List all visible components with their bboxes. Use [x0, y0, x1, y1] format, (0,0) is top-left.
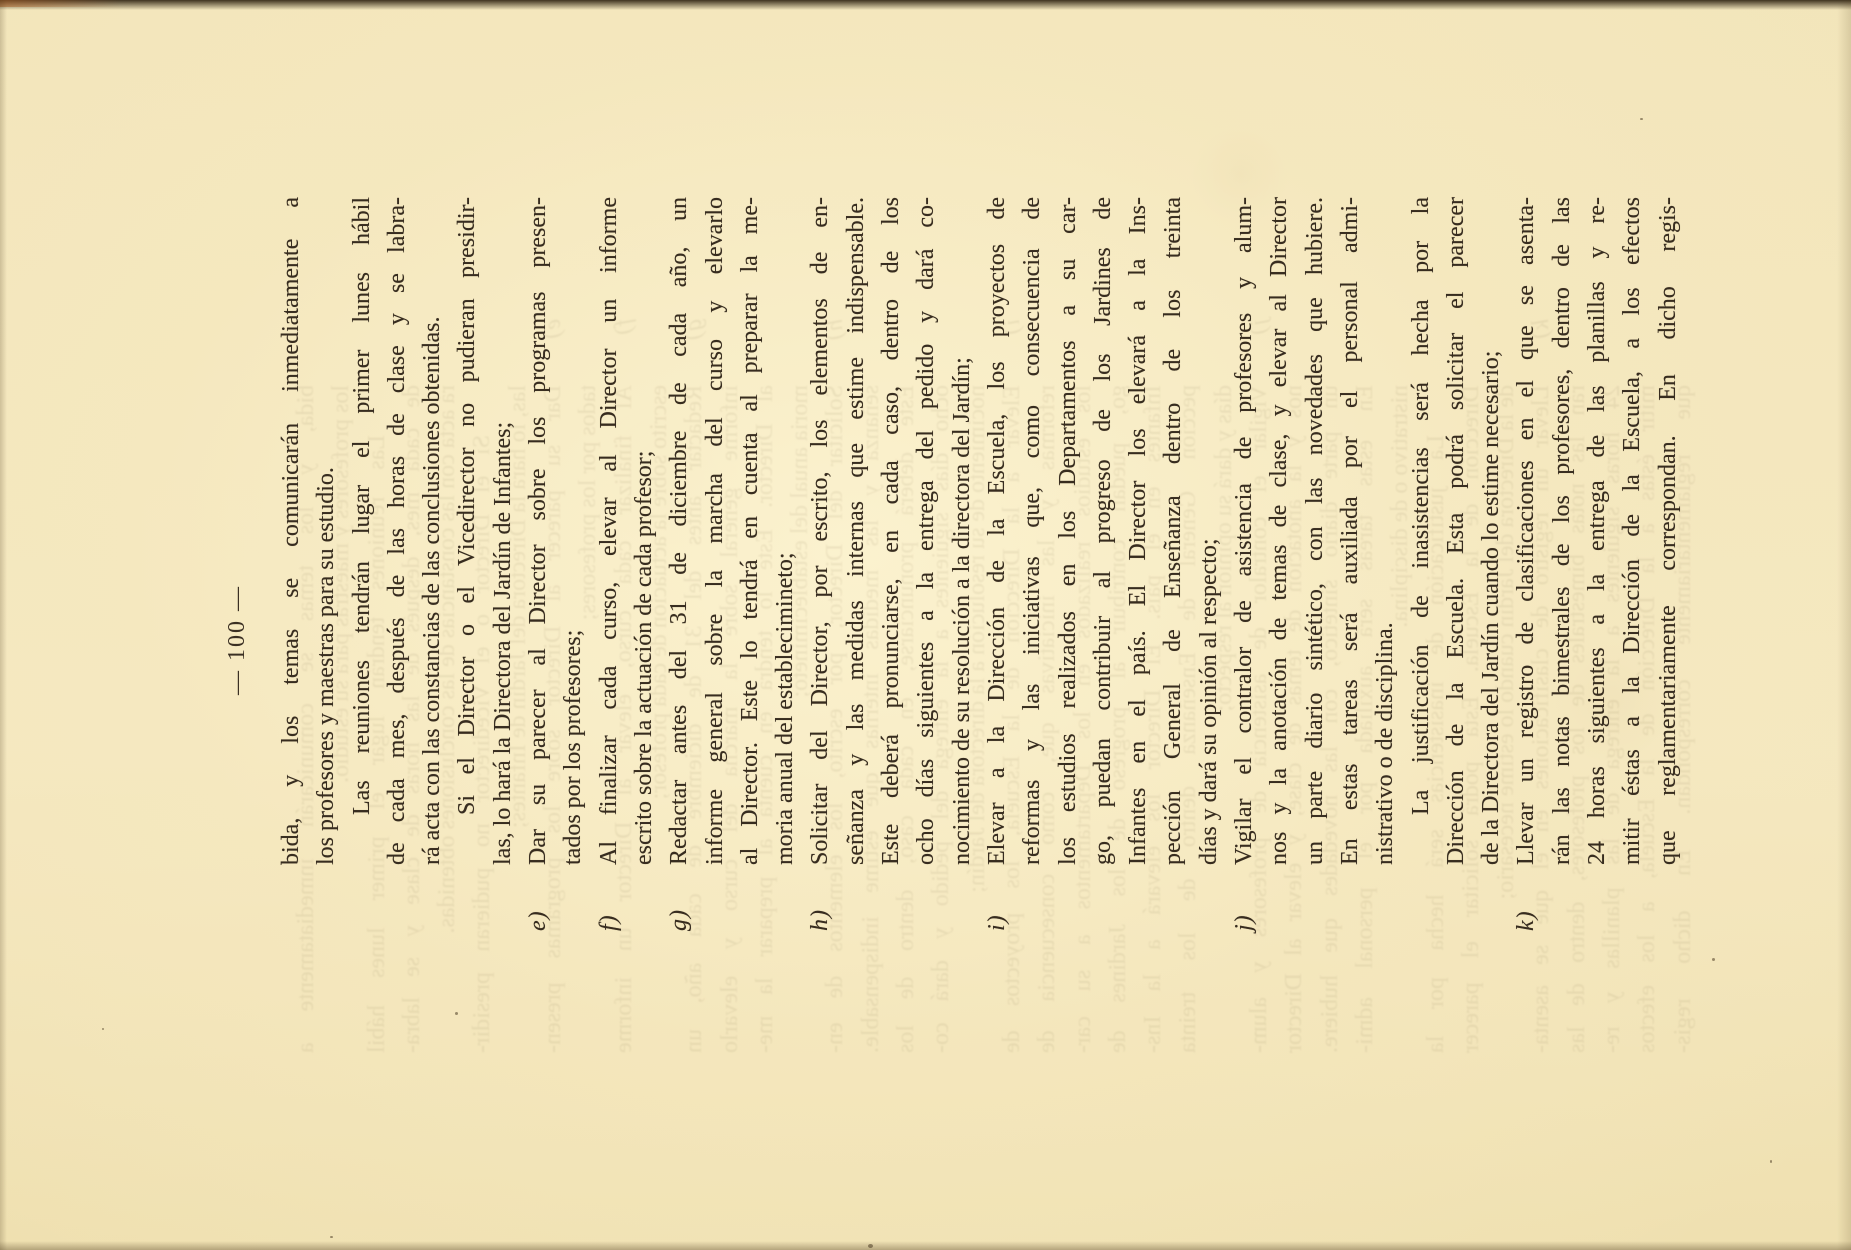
paper-speckle [868, 1244, 873, 1248]
page-number: — 100 — [224, 575, 251, 705]
text-line: f)Al finalizar cada curso, elevar al Dir… [592, 197, 627, 865]
text-line: rá acta con las constancias de las concl… [415, 197, 450, 865]
text-line: los profesores y maestras para su estudi… [309, 197, 344, 865]
scan-edge-left [0, 0, 7, 1250]
text-line: rán las notas bimestrales de los profeso… [1545, 197, 1580, 865]
text-line: j)Vigilar el contralor de asistencia de … [1227, 197, 1262, 865]
text-line: i)Elevar a la Dirección de la Escuela, l… [980, 197, 1015, 865]
item-marker: g) [662, 909, 697, 931]
paper-speckle [102, 1028, 104, 1030]
item-marker: f) [592, 914, 627, 931]
scan-edge-top [0, 0, 1851, 10]
text-line: En estas tareas será auxiliada por el pe… [1333, 197, 1368, 865]
text-line: e)Dar su parecer al Director sobre los p… [521, 197, 556, 865]
scan-edge-corner-tint [0, 0, 120, 7]
text-line: reformas y las iniciativas que, como con… [1015, 197, 1050, 865]
item-marker: j) [1227, 914, 1262, 931]
scan-canvas: bida, y los temas se comunicarán inmedia… [0, 0, 1851, 1250]
text-line: Este deberá pronunciarse, en cada caso, … [874, 197, 909, 865]
text-line: ocho días siguientes a la entrega del pe… [909, 197, 944, 865]
text-line: nistrativo o de disciplina. [1368, 197, 1403, 865]
page-sheet: bida, y los temas se comunicarán inmedia… [0, 0, 1851, 1250]
text-line: las, lo hará la Directora del Jardín de … [486, 197, 521, 865]
paper-speckle [1770, 1160, 1772, 1163]
text-line: un parte diario sintético, con las noved… [1298, 197, 1333, 865]
text-line: moria anual del establecimineto; [768, 197, 803, 865]
text-line: al Director. Este lo tendrá en cuenta al… [733, 197, 768, 865]
text-line: los estudios realizados en los Departame… [1051, 197, 1086, 865]
text-line: Infantes en el país. El Director los ele… [1121, 197, 1156, 865]
scan-edge-right [1837, 0, 1851, 1250]
text-line: h)Solicitar del Director, por escrito, l… [803, 197, 838, 865]
item-marker: e) [521, 910, 556, 931]
text-line: informe general sobre la marcha del curs… [698, 197, 733, 865]
text-line: g)Redactar antes del 31 de diciembre de … [662, 197, 697, 865]
item-marker: k) [1509, 910, 1544, 931]
text-line: de cada mes, después de las horas de cla… [380, 197, 415, 865]
paper-speckle [1640, 118, 1643, 120]
item-marker: i) [980, 914, 1015, 931]
paper-speckle [330, 1236, 333, 1238]
text-line: nocimiento de su resolución a la directo… [945, 197, 980, 865]
text-line: escrito sobre la actuación de cada profe… [627, 197, 662, 865]
text-line: pección General de Enseñanza dentro de l… [1156, 197, 1191, 865]
text-line: nos y la anotación de temas de clase, y … [1262, 197, 1297, 865]
text-line: señanza y las medidas internas que estim… [839, 197, 874, 865]
text-line: La justificación de inasistencias será h… [1404, 197, 1439, 865]
text-line: que reglamentariamente correspondan. En … [1651, 197, 1686, 865]
text-block: bida, y los temas se comunicarán inmedia… [274, 197, 1686, 865]
text-line: go, puedan contribuir al progreso de los… [1086, 197, 1121, 865]
text-line: días y dará su opinión al respecto; [1192, 197, 1227, 865]
text-line: tados por los profesores; [556, 197, 591, 865]
item-marker: h) [803, 909, 838, 931]
text-line: de la Directora del Jardín cuando lo est… [1474, 197, 1509, 865]
text-line: Si el Director o el Vicedirector no pudi… [450, 197, 485, 865]
text-line: Dirección de la Escuela. Esta podrá soli… [1439, 197, 1474, 865]
text-line: 24 horas siguientes a la entrega de las … [1580, 197, 1615, 865]
scan-edge-bottom [0, 1241, 1851, 1250]
text-line: k)Llevar un registro de clasificaciones … [1509, 197, 1544, 865]
paper-speckle [1712, 958, 1715, 961]
text-line: mitir éstas a la Dirección de la Escuela… [1615, 197, 1650, 865]
paper-speckle [455, 1012, 458, 1015]
text-line: Las reuniones tendrán lugar el primer lu… [345, 197, 380, 865]
text-line: bida, y los temas se comunicarán inmedia… [274, 197, 309, 865]
